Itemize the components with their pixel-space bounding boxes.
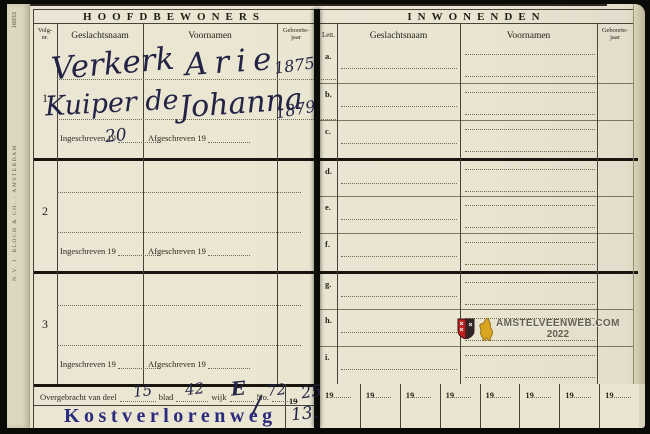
- year-cell-label: 19: [325, 390, 334, 400]
- house-number: 13.: [290, 403, 319, 426]
- year-cell-label: 19: [486, 390, 495, 400]
- writing-line: [341, 219, 457, 220]
- column-header-volgnr: Volg- nr.: [33, 27, 57, 42]
- ingeschreven-label: Ingeschreven 19: [60, 359, 116, 369]
- grid-line: [7, 4, 607, 6]
- grid-line: [33, 23, 633, 24]
- writing-line: [465, 76, 595, 77]
- year-cell-label: 19: [525, 390, 534, 400]
- blank-line: [208, 248, 250, 256]
- row-letter: g.: [325, 279, 331, 289]
- grid-line: [33, 9, 633, 10]
- lodger-row-f: f.: [320, 233, 633, 271]
- year-entry-cell: [320, 405, 360, 428]
- blank-line: [374, 390, 391, 398]
- column-header-surname-left: Geslachtsnaam: [57, 31, 143, 41]
- year-cell: 19: [519, 384, 559, 405]
- lodger-row-g: g.: [320, 273, 633, 311]
- writing-line: [465, 377, 595, 378]
- year-entry-cell: [519, 405, 559, 428]
- blank-line: [208, 361, 250, 369]
- writing-line: [465, 282, 595, 283]
- writing-line: [341, 68, 457, 69]
- afgeschreven-label: Afgeschreven 19: [148, 133, 206, 143]
- lodger-row-i: i.: [320, 346, 633, 384]
- row-letter: c.: [325, 126, 331, 136]
- ingeschreven-field: Ingeschreven 19: [60, 246, 160, 256]
- row-letter: h.: [325, 315, 332, 325]
- year-cell-label: 19: [605, 390, 614, 400]
- ingeschreven-field: Ingeschreven 19: [60, 359, 160, 369]
- writing-line: [57, 305, 301, 306]
- writing-line: [465, 129, 595, 130]
- column-header-birthyear-line1: Geboorte-: [277, 27, 315, 34]
- year-cell-label: 19: [406, 390, 415, 400]
- writing-line: [465, 264, 595, 265]
- year-cell-label: 19: [446, 390, 455, 400]
- writing-line: [341, 369, 457, 370]
- blank-line: [334, 390, 351, 398]
- writing-line: [341, 256, 457, 257]
- year-entry-cell: [360, 405, 400, 428]
- wijk-label: wijk: [211, 392, 226, 402]
- writing-line: [57, 232, 301, 233]
- watermark-year: 2022: [496, 329, 620, 340]
- year-cell: 19: [599, 384, 639, 405]
- lion-rampant-icon: [477, 318, 494, 341]
- register-page: 16033 N.V. J. BLOCH & CO. - AMSTERDAM HO…: [7, 4, 645, 428]
- row-letter: d.: [325, 166, 332, 176]
- blank-line: [614, 390, 631, 398]
- street-name-stamp: Kostverlorenweg: [64, 405, 277, 428]
- column-header-birthyear-line2: jaar: [277, 34, 315, 41]
- row-letter: a.: [325, 51, 331, 61]
- writing-line: [465, 114, 595, 115]
- lodger-row-c: c.: [320, 120, 633, 158]
- row-letter: f.: [325, 239, 330, 249]
- year-cell: 19: [320, 384, 360, 405]
- blank-line: [534, 390, 551, 398]
- deel-value: 15: [132, 381, 153, 401]
- column-header-birthyear-right: Geboorte- jaar: [597, 27, 633, 42]
- writing-line: [57, 345, 301, 346]
- main-resident-block-2: 2 Ingeschreven 19 Afgeschreven 19: [33, 158, 315, 271]
- watermark-site: AMSTELVEENWEB.COM: [496, 318, 620, 329]
- watermark: AMSTELVEENWEB.COM 2022: [457, 318, 620, 341]
- transfer-year-value: 25: [300, 381, 323, 403]
- year-cell: 19: [440, 384, 480, 405]
- column-header-volgnr-line2: nr.: [33, 34, 57, 41]
- row-number: 3: [33, 317, 57, 332]
- year-cell: 19: [480, 384, 520, 405]
- page-edge-line: [633, 16, 634, 384]
- row-letter: b.: [325, 89, 332, 99]
- year-cell: 19: [559, 384, 599, 405]
- year-entry-cell: [440, 405, 480, 428]
- writing-line: [57, 192, 301, 193]
- year-header-row: 19 19 19 19 19 19 19 19: [320, 384, 639, 405]
- blank-line: [208, 135, 250, 143]
- year-cell: 19: [360, 384, 400, 405]
- main-resident-block-3: 3 Ingeschreven 19 Afgeschreven 19: [33, 271, 315, 384]
- afgeschreven-label: Afgeschreven 19: [148, 246, 206, 256]
- wijk-value: E: [230, 377, 246, 400]
- section-title-hoofdbewoners: HOOFDBEWONERS: [33, 11, 315, 23]
- transfer-footer: Overgebracht van deel blad wijk No. 15 4…: [33, 384, 315, 428]
- ingeschreven-label: Ingeschreven 19: [60, 246, 116, 256]
- year-entry-row: [320, 405, 639, 428]
- year-cell-label: 19: [366, 390, 375, 400]
- column-header-surname-right: Geslachtsnaam: [337, 31, 460, 41]
- page-stack-edge: [633, 4, 645, 384]
- amstelveen-coat-of-arms-icon: [457, 318, 475, 339]
- year-entry-cell: [599, 405, 639, 428]
- writing-line: [465, 169, 595, 170]
- year-cells-footer: 19 19 19 19 19 19 19 19: [320, 384, 639, 428]
- year-entry-cell: [480, 405, 520, 428]
- ingeschreven-year-entry: 20: [104, 125, 128, 147]
- column-header-volgnr-line1: Volg-: [33, 27, 57, 34]
- printer-mark: N.V. J. BLOCH & CO. - AMSTERDAM: [12, 144, 18, 281]
- row-letter: e.: [325, 202, 331, 212]
- column-header-firstnames-left: Voornamen: [143, 31, 277, 41]
- overgebracht-label: Overgebracht van deel: [40, 392, 117, 402]
- section-title-inwonenden: INWONENDEN: [320, 11, 633, 23]
- writing-line: [465, 304, 595, 305]
- binding-strip: 16033 N.V. J. BLOCH & CO. - AMSTERDAM: [7, 4, 30, 428]
- lodger-row-b: b.: [320, 83, 633, 121]
- lodger-row-a: a.: [320, 45, 633, 83]
- year-cell: 19: [400, 384, 440, 405]
- blank-line: [454, 390, 471, 398]
- blank-line: [574, 390, 591, 398]
- writing-line: [465, 92, 595, 93]
- writing-line: [465, 227, 595, 228]
- row-number: 2: [33, 204, 57, 219]
- row-letter: i.: [325, 352, 330, 362]
- writing-line: [465, 54, 595, 55]
- writing-line: [341, 296, 457, 297]
- afgeschreven-field: Afgeschreven 19: [148, 359, 250, 369]
- column-header-firstnames-right: Voornamen: [460, 31, 597, 41]
- year-entry-cell: [400, 405, 440, 428]
- afgeschreven-field: Afgeschreven 19: [148, 133, 250, 143]
- afgeschreven-label: Afgeschreven 19: [148, 359, 206, 369]
- blank-line: [494, 390, 511, 398]
- no-value: 72: [266, 380, 287, 400]
- writing-line: [465, 205, 595, 206]
- writing-line: [341, 106, 457, 107]
- form-number: 16033: [11, 12, 18, 28]
- blad-value: 42: [184, 379, 205, 399]
- writing-line: [341, 332, 457, 333]
- writing-line: [465, 355, 595, 356]
- watermark-text-block: AMSTELVEENWEB.COM 2022: [496, 318, 620, 340]
- writing-line: [341, 143, 457, 144]
- year-entry-cell: [559, 405, 599, 428]
- writing-line: [341, 183, 457, 184]
- writing-line: [465, 242, 595, 243]
- writing-line: [465, 151, 595, 152]
- lodger-row-e: e.: [320, 196, 633, 234]
- firstnames-entry-1: Arie: [184, 41, 280, 83]
- blank-line: [414, 390, 431, 398]
- year-cell-label: 19: [565, 390, 574, 400]
- column-header-birthyear-line2: jaar: [597, 34, 633, 41]
- lodger-row-d: d.: [320, 160, 633, 198]
- column-header-birthyear-line1: Geboorte-: [597, 27, 633, 34]
- column-header-letter: Lett.: [319, 31, 338, 39]
- afgeschreven-field: Afgeschreven 19: [148, 246, 250, 256]
- blad-label: blad: [159, 392, 174, 402]
- writing-line: [465, 191, 595, 192]
- column-header-birthyear-left: Geboorte- jaar: [277, 27, 315, 42]
